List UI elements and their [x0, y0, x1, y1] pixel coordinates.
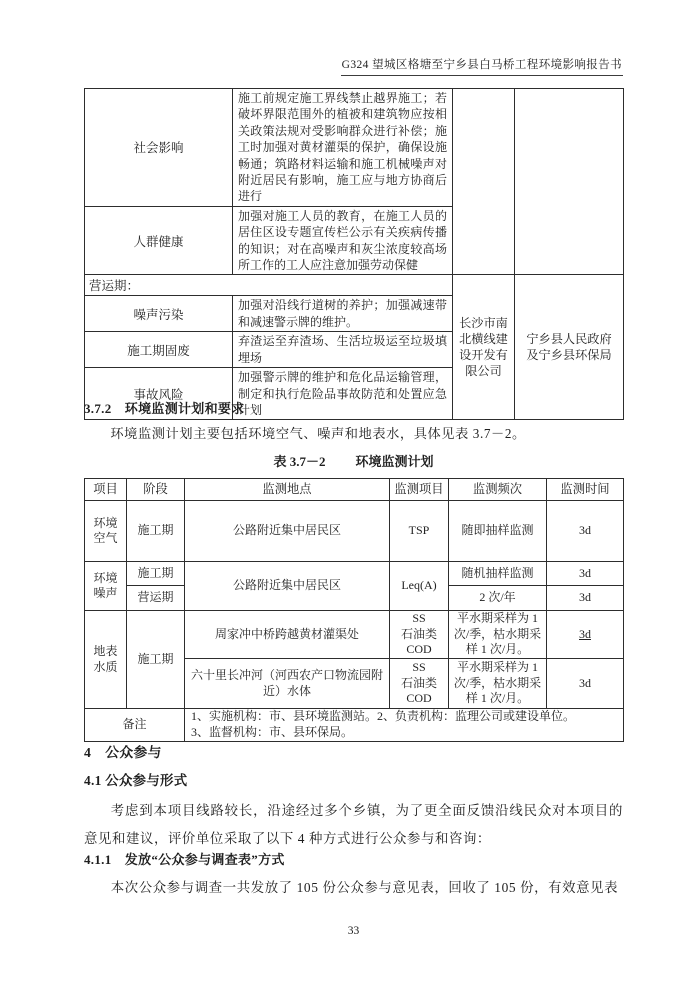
- cell-water1-location: 周家冲中桥跨越黄材灌渠处: [185, 611, 390, 659]
- cell-implement-empty: [453, 89, 515, 275]
- header-phase: 阶段: [127, 479, 185, 501]
- paragraph-3-7-2: 环境监测计划主要包括环境空气、噪声和地表水，具体见表 3.7－2。: [84, 423, 623, 442]
- heading-4-1-1: 4.1.1 发放“公众参与调查表”方式: [84, 849, 623, 868]
- cell-water2-param: SS 石油类 COD: [390, 659, 449, 709]
- cell-solid-waste-label: 施工期固废: [85, 332, 233, 368]
- table-row: 环境 噪声 施工期 公路附近集中居民区 Leq(A) 随机抽样监测 3d: [85, 562, 624, 586]
- cell-noise-param: Leq(A): [390, 562, 449, 611]
- cell-operating-period: 营运期：: [85, 275, 453, 296]
- cell-water2-location: 六十里长冲河（河西农产口物流园附 近）水体: [185, 659, 390, 709]
- cell-air-item: 环境 空气: [85, 501, 127, 562]
- cell-water2-freq: 平水期采样为 1 次/季，枯水期采 样 1 次/月。: [449, 659, 547, 709]
- table-caption: 表 3.7－2环境监测计划: [84, 451, 623, 470]
- paragraph-4-1: 考虑到本项目线路较长，沿途经过多个乡镇，为了更全面反馈沿线民众对本项目的意见和建…: [84, 797, 623, 853]
- cell-noise-content: 加强对沿线行道树的养护；加强减速带和减速警示牌的维护。: [233, 296, 453, 332]
- cell-solid-waste-content: 弃渣运至弃渣场、生活垃圾运至垃圾填埋场: [233, 332, 453, 368]
- cell-noise-time2: 3d: [547, 586, 624, 611]
- cell-health-content: 加强对施工人员的教育，在施工人员的居住区设专题宣传栏公示有关疾病传播的知识；对在…: [233, 206, 453, 275]
- cell-air-phase: 施工期: [127, 501, 185, 562]
- cell-air-freq: 随即抽样监测: [449, 501, 547, 562]
- cell-social-label: 社会影响: [85, 89, 233, 207]
- cell-noise-freq2: 2 次/年: [449, 586, 547, 611]
- cell-water2-time: 3d: [547, 659, 624, 709]
- table-row: 营运期： 长沙市南北横线建设开发有限公司 宁乡县人民政府及宁乡县环保局: [85, 275, 624, 296]
- cell-remark-label: 备注: [85, 709, 185, 742]
- cell-water-item: 地表 水质: [85, 611, 127, 709]
- cell-air-param: TSP: [390, 501, 449, 562]
- page-header: G324 望城区格塘至宁乡县白马桥工程环境影响报告书: [84, 56, 623, 76]
- heading-3-7-2: 3.7.2 环境监测计划和要求: [84, 398, 623, 417]
- header-item: 项目: [85, 479, 127, 501]
- mitigation-table: 社会影响 施工前规定施工界线禁止越界施工；若破坏界限范围外的植被和建筑物应按相关…: [84, 88, 624, 420]
- cell-remark-content: 1、实施机构：市、县环境监测站。2、负责机构：监理公司或建设单位。 3、监督机构…: [185, 709, 624, 742]
- cell-water1-freq: 平水期采样为 1 次/季，枯水期采 样 1 次/月。: [449, 611, 547, 659]
- page-number: 33: [84, 925, 623, 937]
- table-caption-label: 表 3.7－2: [273, 454, 325, 469]
- cell-noise-time1: 3d: [547, 562, 624, 586]
- table-row: 社会影响 施工前规定施工界线禁止越界施工；若破坏界限范围外的植被和建筑物应按相关…: [85, 89, 624, 207]
- page-header-title: G324 望城区格塘至宁乡县白马桥工程环境影响报告书: [341, 56, 623, 76]
- cell-air-location: 公路附近集中居民区: [185, 501, 390, 562]
- monitoring-table: 项目 阶段 监测地点 监测项目 监测频次 监测时间 环境 空气 施工期 公路附近…: [84, 478, 624, 742]
- cell-air-time: 3d: [547, 501, 624, 562]
- underlined-time-value: 3d: [579, 627, 591, 641]
- cell-social-content: 施工前规定施工界线禁止越界施工；若破坏界限范围外的植被和建筑物应按相关政策法规对…: [233, 89, 453, 207]
- table-header-row: 项目 阶段 监测地点 监测项目 监测频次 监测时间: [85, 479, 624, 501]
- cell-noise-phase2: 营运期: [127, 586, 185, 611]
- cell-noise-location: 公路附近集中居民区: [185, 562, 390, 611]
- cell-water1-time: 3d: [547, 611, 624, 659]
- paragraph-4-1-1: 本次公众参与调查一共发放了 105 份公众参与意见表，回收了 105 份，有效意…: [84, 877, 623, 896]
- table-row: 地表 水质 施工期 周家冲中桥跨越黄材灌渠处 SS 石油类 COD 平水期采样为…: [85, 611, 624, 659]
- cell-water-phase: 施工期: [127, 611, 185, 709]
- header-location: 监测地点: [185, 479, 390, 501]
- header-param: 监测项目: [390, 479, 449, 501]
- heading-4: 4 公众参与: [84, 741, 623, 761]
- table-row: 备注 1、实施机构：市、县环境监测站。2、负责机构：监理公司或建设单位。 3、监…: [85, 709, 624, 742]
- cell-noise-phase1: 施工期: [127, 562, 185, 586]
- header-freq: 监测频次: [449, 479, 547, 501]
- header-time: 监测时间: [547, 479, 624, 501]
- table-caption-title: 环境监测计划: [356, 454, 434, 469]
- cell-noise-freq1: 随机抽样监测: [449, 562, 547, 586]
- cell-noise-item: 环境 噪声: [85, 562, 127, 611]
- cell-noise-label: 噪声污染: [85, 296, 233, 332]
- cell-health-label: 人群健康: [85, 206, 233, 275]
- cell-supervise-empty: [515, 89, 624, 275]
- table-row: 环境 空气 施工期 公路附近集中居民区 TSP 随即抽样监测 3d: [85, 501, 624, 562]
- cell-water1-param: SS 石油类 COD: [390, 611, 449, 659]
- heading-4-1: 4.1 公众参与形式: [84, 770, 623, 789]
